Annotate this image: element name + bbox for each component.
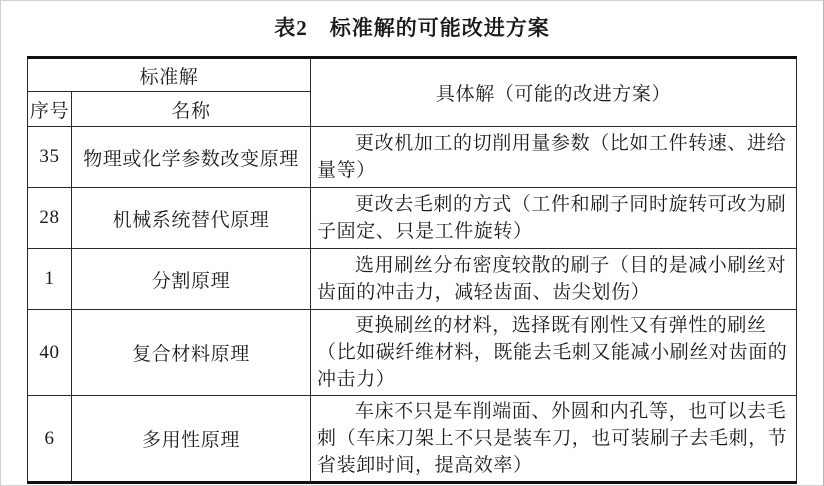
- row-solution: 更换刷丝的材料，选择既有刚性又有弹性的刷丝（比如碳纤维材料，既能去毛刺又能减小刷…: [311, 310, 797, 396]
- row-solution: 选用刷丝分布密度较散的刷子（目的是减小刷丝对齿面的冲击力，减轻齿面、齿尖划伤）: [311, 249, 797, 310]
- header-standard-solution: 标准解: [28, 58, 311, 92]
- standard-solutions-table: 标准解 具体解（可能的改进方案） 序号 名称 35 物理或化学参数改变原理 更改…: [27, 56, 797, 484]
- row-solution: 更改机加工的切削用量参数（比如工件转速、进给量等）: [311, 127, 797, 188]
- row-name: 机械系统替代原理: [72, 188, 311, 249]
- row-name: 多用性原理: [72, 396, 311, 483]
- table-row: 1 分割原理 选用刷丝分布密度较散的刷子（目的是减小刷丝对齿面的冲击力，减轻齿面…: [28, 249, 797, 310]
- row-solution: 车床不只是车削端面、外圆和内孔等，也可以去毛刺（车床刀架上不只是装车刀，也可装刷…: [311, 396, 797, 483]
- row-solution-text: 车床不只是车削端面、外圆和内孔等，也可以去毛刺（车床刀架上不只是装车刀，也可装刷…: [317, 398, 791, 479]
- table-row: 28 机械系统替代原理 更改去毛刺的方式（工件和刷子同时旋转可改为刷子固定、只是…: [28, 188, 797, 249]
- table-row: 6 多用性原理 车床不只是车削端面、外圆和内孔等，也可以去毛刺（车床刀架上不只是…: [28, 396, 797, 483]
- row-solution-text: 更改机加工的切削用量参数（比如工件转速、进给量等）: [317, 130, 791, 184]
- row-index: 35: [28, 127, 72, 188]
- row-solution-text: 选用刷丝分布密度较散的刷子（目的是减小刷丝对齿面的冲击力，减轻齿面、齿尖划伤）: [317, 252, 791, 306]
- header-index: 序号: [28, 92, 72, 127]
- header-name: 名称: [72, 92, 311, 127]
- row-solution: 更改去毛刺的方式（工件和刷子同时旋转可改为刷子固定、只是工件旋转）: [311, 188, 797, 249]
- row-solution-text: 更改去毛刺的方式（工件和刷子同时旋转可改为刷子固定、只是工件旋转）: [317, 191, 791, 245]
- header-concrete-solution: 具体解（可能的改进方案）: [311, 58, 797, 127]
- row-index: 28: [28, 188, 72, 249]
- row-name: 复合材料原理: [72, 310, 311, 396]
- table-caption: 表2 标准解的可能改进方案: [0, 12, 824, 42]
- row-index: 6: [28, 396, 72, 483]
- table-row: 40 复合材料原理 更换刷丝的材料，选择既有刚性又有弹性的刷丝（比如碳纤维材料，…: [28, 310, 797, 396]
- row-index: 40: [28, 310, 72, 396]
- row-name: 物理或化学参数改变原理: [72, 127, 311, 188]
- table-row: 35 物理或化学参数改变原理 更改机加工的切削用量参数（比如工件转速、进给量等）: [28, 127, 797, 188]
- header-group-row: 标准解 具体解（可能的改进方案）: [28, 58, 797, 92]
- row-solution-text: 更换刷丝的材料，选择既有刚性又有弹性的刷丝（比如碳纤维材料，既能去毛刺又能减小刷…: [317, 312, 791, 393]
- row-index: 1: [28, 249, 72, 310]
- row-name: 分割原理: [72, 249, 311, 310]
